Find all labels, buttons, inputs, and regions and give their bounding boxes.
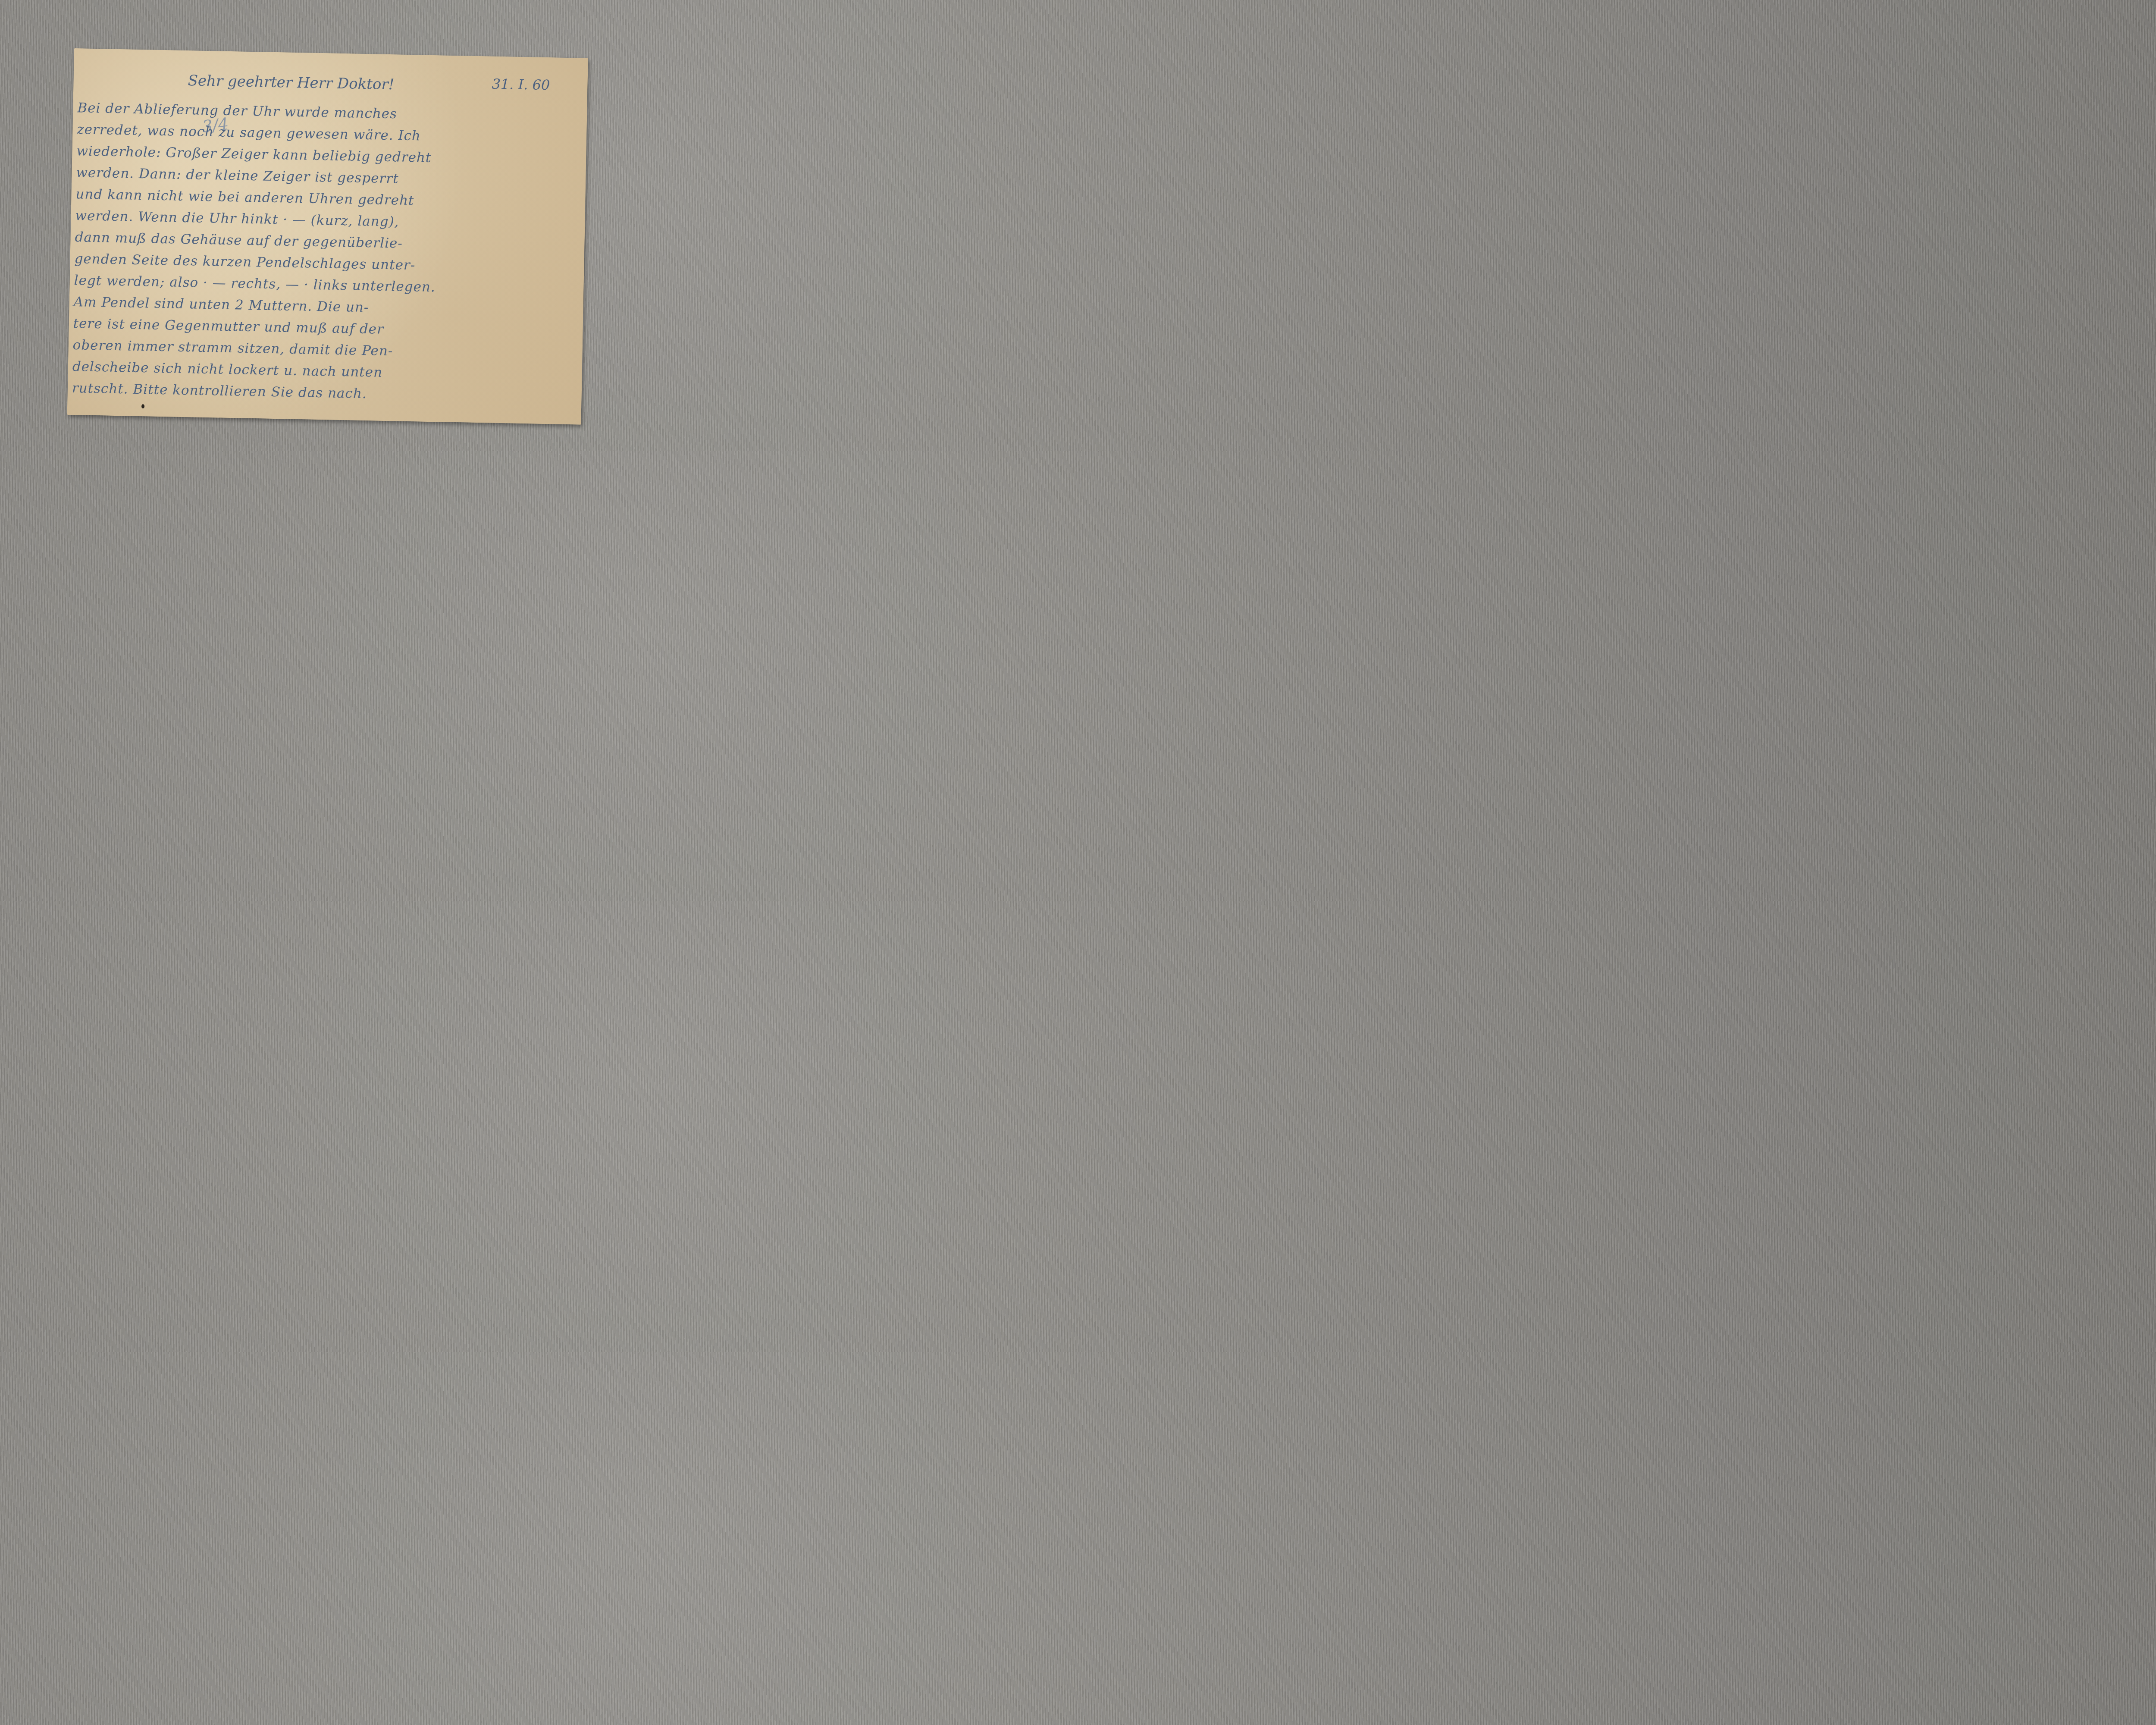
text-line: legt werden; also · — rechts, — · links … <box>74 273 578 298</box>
text-line: Am Pendel sind unten 2 Muttern. Die un- <box>73 294 578 319</box>
date: 31. I. 60 <box>492 76 550 94</box>
text-line: rutscht. Bitte kontrollieren Sie das nac… <box>72 380 577 405</box>
text-line: tere ist eine Gegenmutter und muß auf de… <box>73 316 577 341</box>
text-line: wiederhole: Großer Zeiger kann beliebig … <box>76 143 581 168</box>
ink-spot <box>141 404 144 408</box>
text-line: zerredet, was noch zu sagen gewesen wäre… <box>77 122 581 147</box>
greeting: Sehr geehrter Herr Doktor! <box>188 72 395 93</box>
text-line: und kann nicht wie bei anderen Uhren ged… <box>75 186 580 211</box>
text-line: werden. Wenn die Uhr hinkt · — (kurz, la… <box>75 208 580 233</box>
text-line: dann muß das Gehäuse auf der gegenüberli… <box>75 229 579 254</box>
text-line: oberen immer stramm sitzen, damit die Pe… <box>72 337 577 362</box>
text-line: genden Seite des kurzen Pendelschlages u… <box>74 251 579 276</box>
postcard: 3/4 Sehr geehrter Herr Doktor! 31. I. 60… <box>67 48 588 425</box>
text-line: delscheibe sich nicht lockert u. nach un… <box>72 359 577 384</box>
text-line: Bei der Ablieferung der Uhr wurde manche… <box>77 100 582 125</box>
text-line: werden. Dann: der kleine Zeiger ist gesp… <box>76 165 580 190</box>
